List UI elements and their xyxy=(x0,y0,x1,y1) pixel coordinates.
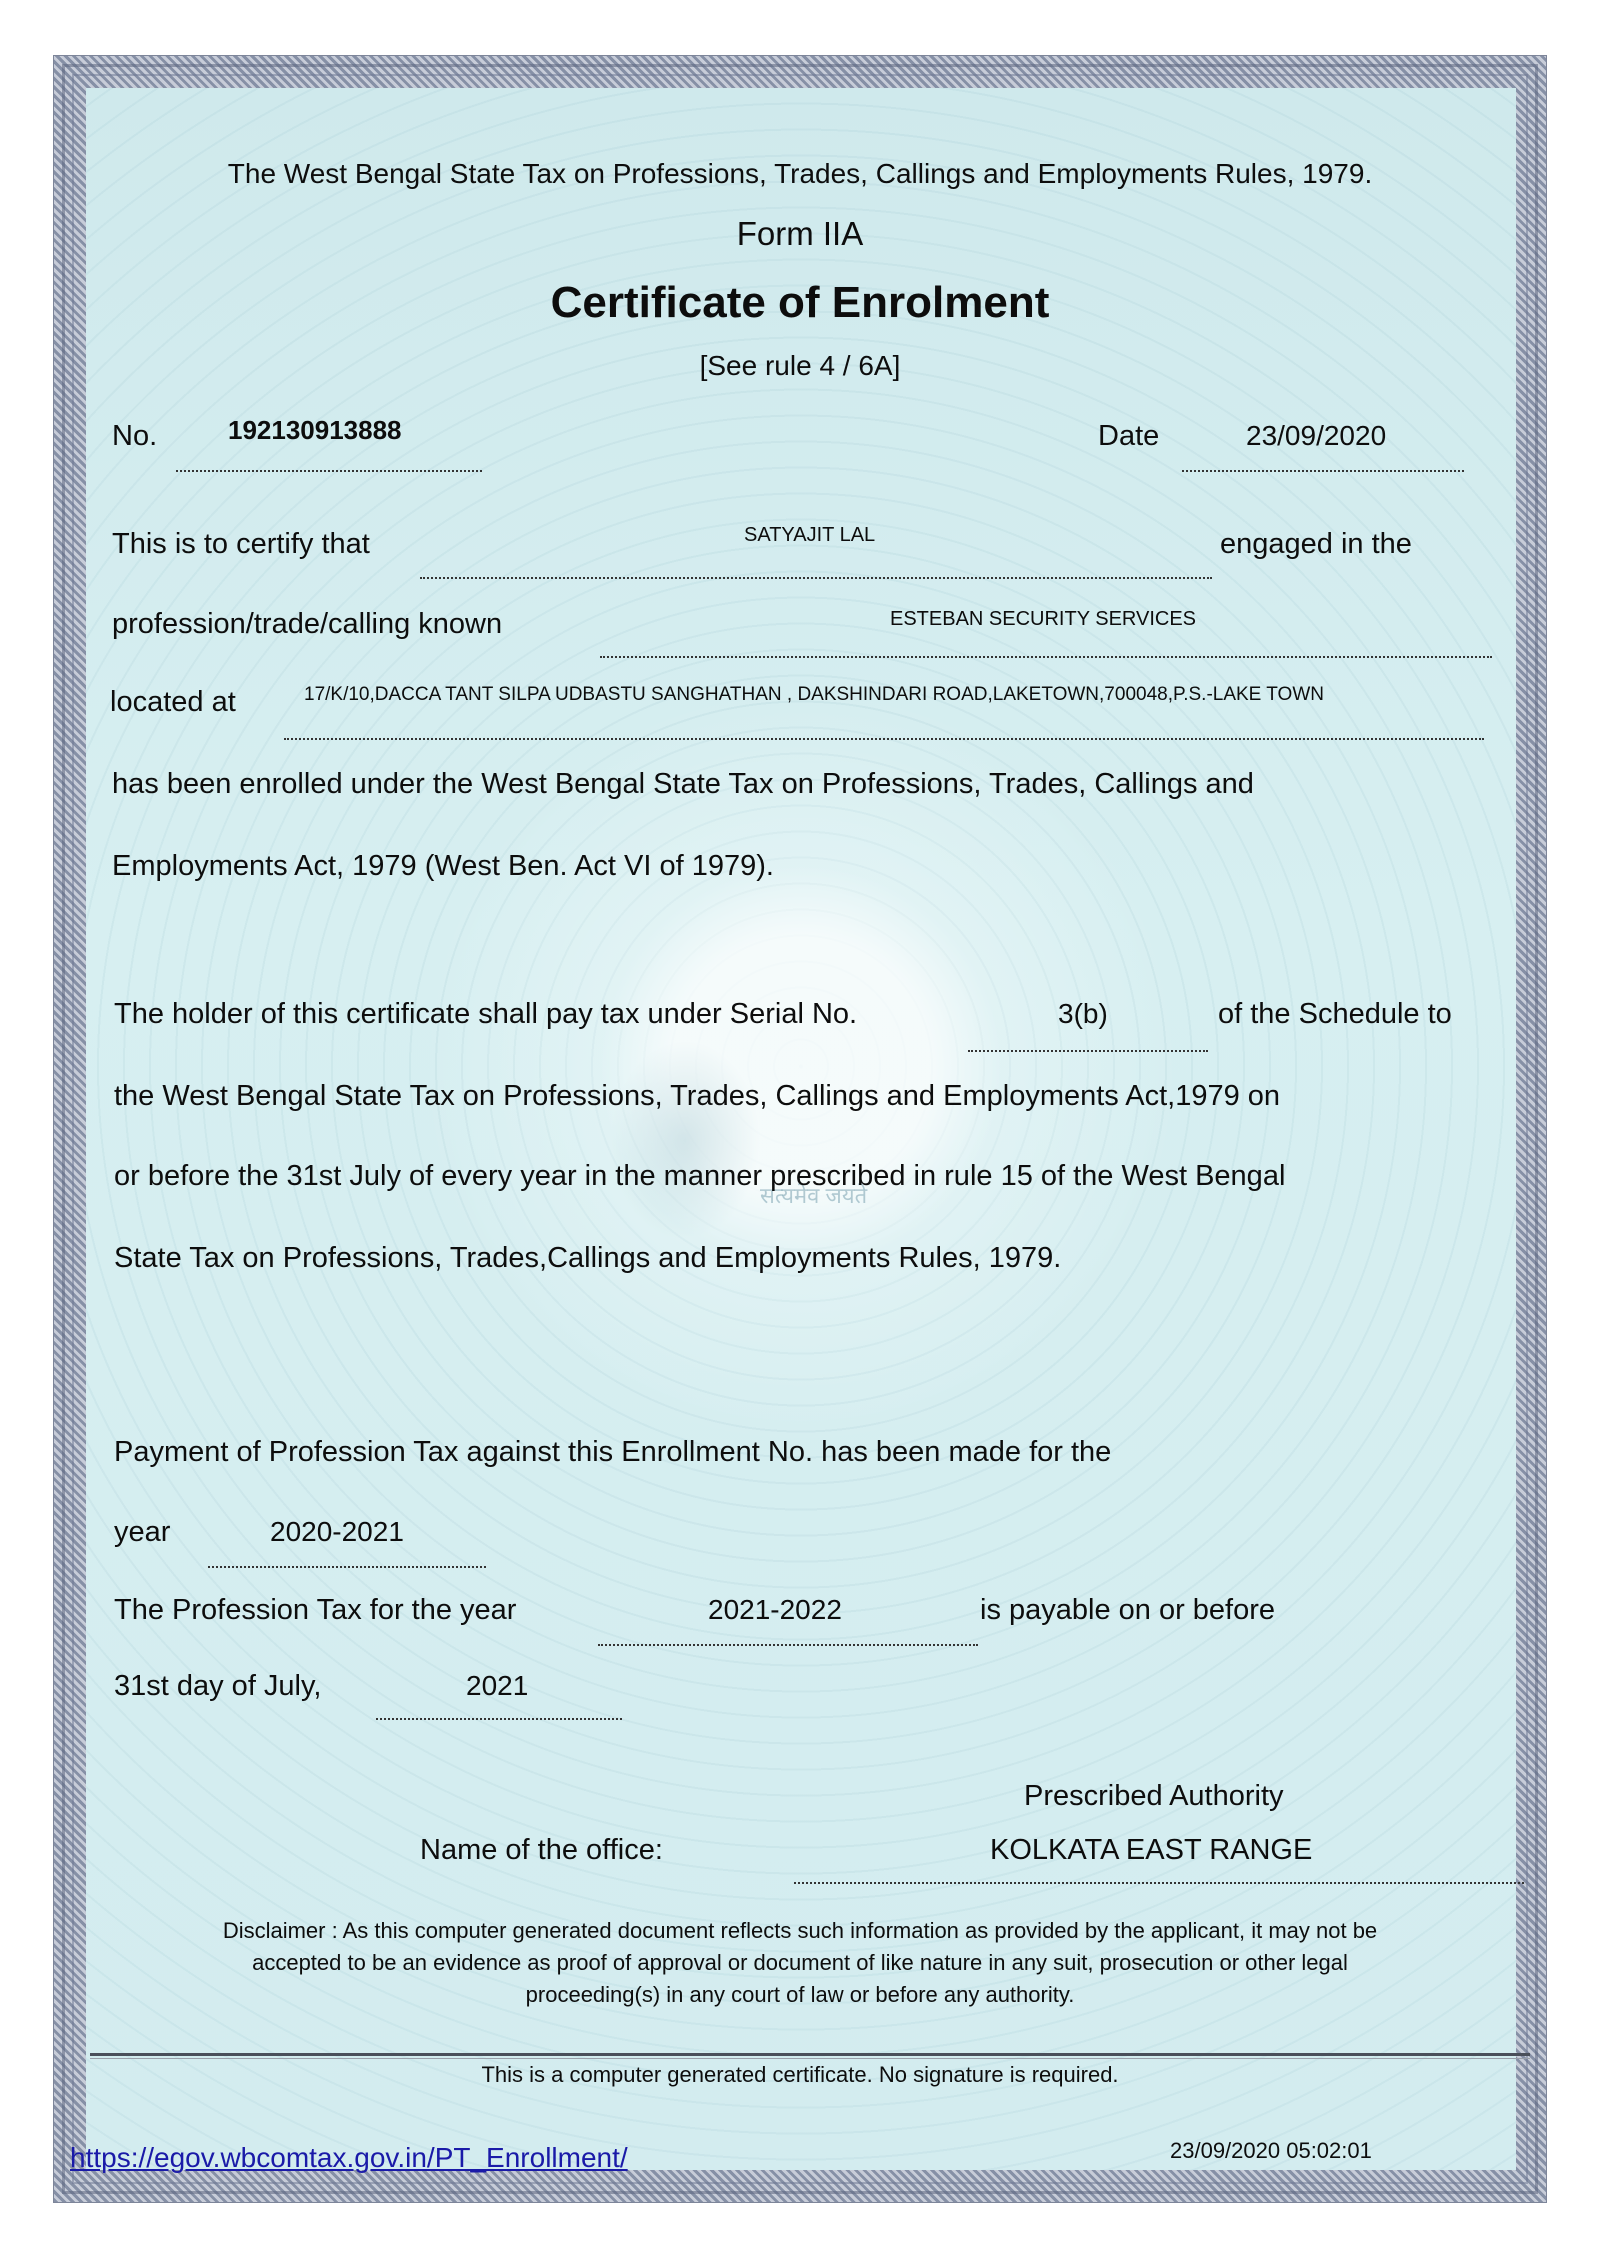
business-name-dotted-line xyxy=(600,656,1492,658)
next-year-label: The Profession Tax for the year xyxy=(114,1594,516,1627)
certificate-title: Certificate of Enrolment xyxy=(0,278,1600,328)
payable-label: is payable on or before xyxy=(980,1594,1275,1627)
rules-title: The West Bengal State Tax on Professions… xyxy=(0,158,1600,190)
footer-divider-shadow xyxy=(90,2058,1530,2059)
holder-name-dotted-line xyxy=(420,577,1212,579)
disclaimer-line3: proceeding(s) in any court of law or bef… xyxy=(60,1982,1540,2008)
engaged-label: engaged in the xyxy=(1220,528,1412,561)
enrollment-portal-link[interactable]: https://egov.wbcomtax.gov.in/PT_Enrollme… xyxy=(70,2142,628,2174)
year-label: year xyxy=(114,1516,170,1549)
certificate-no-value: 192130913888 xyxy=(228,415,402,446)
schedule-line4: State Tax on Professions, Trades,Calling… xyxy=(114,1242,1061,1275)
due-year-dotted-line xyxy=(376,1718,622,1720)
certify-label: This is to certify that xyxy=(112,528,370,561)
known-label: profession/trade/calling known xyxy=(112,608,502,641)
schedule-line3: or before the 31st July of every year in… xyxy=(114,1160,1285,1193)
payment-line1: Payment of Profession Tax against this E… xyxy=(114,1436,1111,1469)
enrolment-text-line2: Employments Act, 1979 (West Ben. Act VI … xyxy=(112,850,774,883)
office-name: KOLKATA EAST RANGE xyxy=(990,1834,1312,1867)
office-name-dotted-line xyxy=(794,1882,1524,1884)
no-signature-note: This is a computer generated certificate… xyxy=(60,2062,1540,2088)
address-dotted-line xyxy=(284,738,1484,740)
holder-name: SATYAJIT LAL xyxy=(744,524,875,547)
due-year-value: 2021 xyxy=(466,1670,528,1702)
serial-no-dotted-line xyxy=(968,1050,1208,1052)
certificate-no-dotted-line xyxy=(176,470,482,472)
date-label: Date xyxy=(1098,420,1159,453)
certificate-no-label: No. xyxy=(112,420,157,453)
located-label: located at xyxy=(110,686,236,719)
date-value: 23/09/2020 xyxy=(1246,420,1386,452)
date-dotted-line xyxy=(1182,470,1464,472)
next-year-value: 2021-2022 xyxy=(708,1594,842,1626)
serial-no-value: 3(b) xyxy=(1058,998,1108,1030)
form-name: Form IIA xyxy=(0,215,1600,253)
disclaimer-line2: accepted to be an evidence as proof of a… xyxy=(60,1950,1540,1976)
business-name: ESTEBAN SECURITY SERVICES xyxy=(890,608,1196,631)
schedule-line2: the West Bengal State Tax on Professions… xyxy=(114,1080,1280,1113)
office-label: Name of the office: xyxy=(420,1834,663,1867)
disclaimer-line1: Disclaimer : As this computer generated … xyxy=(60,1918,1540,1944)
paid-year-value: 2020-2021 xyxy=(270,1516,404,1548)
rule-reference: [See rule 4 / 6A] xyxy=(0,350,1600,382)
schedule-line1-prefix: The holder of this certificate shall pay… xyxy=(114,998,857,1031)
schedule-line1-suffix: of the Schedule to xyxy=(1218,998,1452,1031)
next-year-dotted-line xyxy=(598,1644,978,1646)
holder-address: 17/K/10,DACCA TANT SILPA UDBASTU SANGHAT… xyxy=(304,684,1324,706)
enrolment-text-line1: has been enrolled under the West Bengal … xyxy=(112,768,1254,801)
state-emblem-watermark-icon xyxy=(610,1040,760,1240)
generated-timestamp: 23/09/2020 05:02:01 xyxy=(1170,2138,1372,2164)
paid-year-dotted-line xyxy=(208,1566,486,1568)
footer-divider xyxy=(90,2053,1530,2056)
due-date-label: 31st day of July, xyxy=(114,1670,321,1703)
prescribed-authority-title: Prescribed Authority xyxy=(1024,1780,1284,1813)
